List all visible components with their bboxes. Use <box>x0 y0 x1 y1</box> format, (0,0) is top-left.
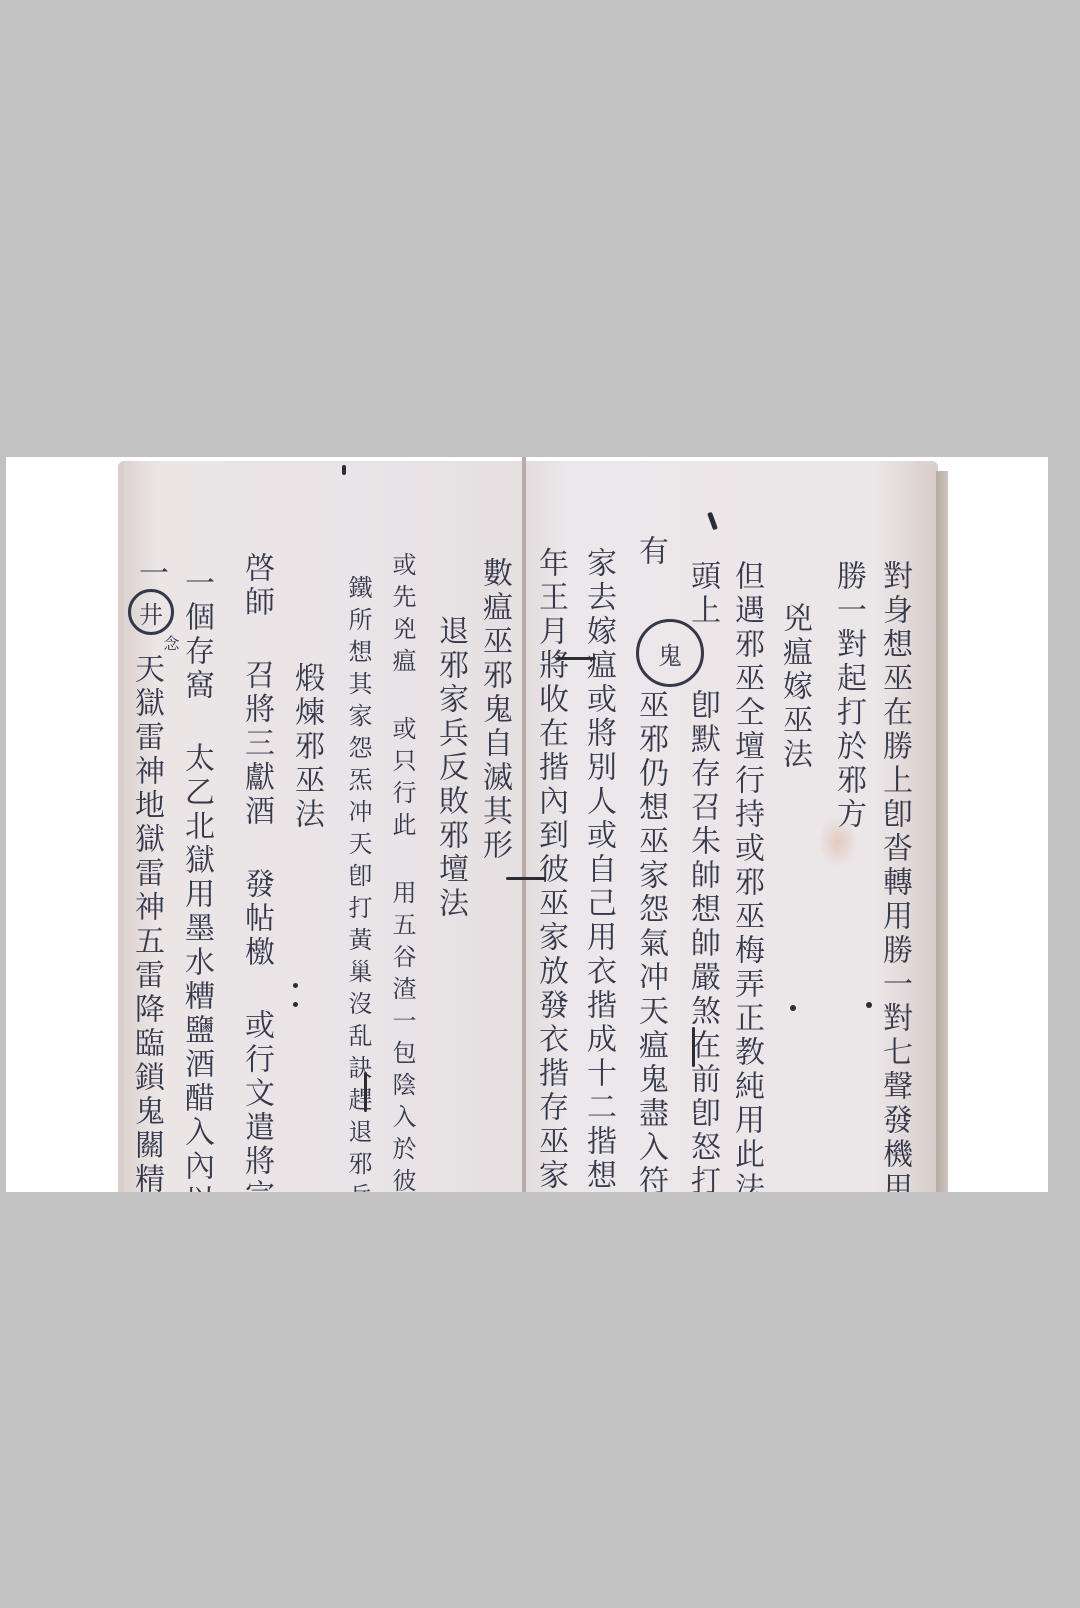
text-column-l6: 啓師 召將三獻酒 發帖檄 或行文遣將完用瓦罐 <box>238 552 274 1192</box>
ink-mark <box>866 1002 872 1008</box>
text-column-r7: 有 <box>632 535 668 569</box>
text-column-l3: 或先兇瘟 或只行此 用五谷渣一包陰入於彼香炉下想窩 <box>384 552 420 1192</box>
ink-mark <box>790 1005 796 1011</box>
section-heading-l2: 退邪家兵反敗邪壇法 <box>432 615 468 921</box>
section-heading-l5: 煅煉邪巫法 <box>288 662 324 832</box>
ink-mark <box>293 1002 298 1007</box>
ghost-seal-icon: 鬼 <box>636 619 704 687</box>
text-column-r6: 卽默存召朱帥想帥嚴煞在前卽怒打其 <box>684 689 720 1192</box>
ink-mark <box>692 1027 695 1067</box>
seal-glyph: 井 <box>139 595 163 630</box>
ink-mark <box>342 465 346 475</box>
image-frame: 對身想巫在勝上卽沓轉用勝一對七聲發機用左 勝一對起打於邪方 兇瘟嫁巫法 但遇邪巫… <box>6 457 1048 1192</box>
well-seal-icon: 井 <box>128 589 174 635</box>
open-book: 對身想巫在勝上卽沓轉用勝一對七聲發機用左 勝一對起打於邪方 兇瘟嫁巫法 但遇邪巫… <box>118 457 948 1192</box>
seal-glyph: 鬼 <box>658 636 682 671</box>
text-column-l1: 數瘟巫邪鬼自滅其形 <box>476 557 512 863</box>
text-column-r1: 對身想巫在勝上卽沓轉用勝一對七聲發機用左 <box>876 560 912 1192</box>
text-column-r5: 頭上 <box>684 560 720 628</box>
ink-mark <box>506 877 546 880</box>
text-column-r9: 家去嫁瘟或將別人或自己用衣揩成十二揩想十二 <box>580 547 616 1192</box>
text-column-r10: 年王月將收在揩內到彼巫家放發衣揩存巫家無 <box>532 547 568 1192</box>
ink-mark <box>293 983 298 988</box>
book-spine <box>522 457 526 1192</box>
ink-mark <box>364 1072 367 1112</box>
text-column-l4: 鐵所想其家怨炁冲天卽打黃巢沒乱訣趕退邪兵 <box>340 575 376 1192</box>
text-column-l7: 一個存窩 太乙北獄用墨水糟鹽酒醋入內以劍訣書 <box>178 567 214 1192</box>
text-column-r4: 但遇邪巫仝壇行持或邪巫梅弄正教純用此法存符 <box>728 560 764 1192</box>
text-column-r8: 巫邪仍想巫家怨氣冲天瘟鬼盡入符中 <box>632 689 668 1192</box>
text-column-l9: 天獄雷神地獄雷神五雷降臨鎖鬼關精 <box>128 653 164 1192</box>
text-column-l8: 一 <box>132 557 168 591</box>
text-column-r2: 勝一對起打於邪方 <box>830 560 866 832</box>
section-heading-r3: 兇瘟嫁巫法 <box>776 602 812 772</box>
ink-mark <box>556 657 596 660</box>
